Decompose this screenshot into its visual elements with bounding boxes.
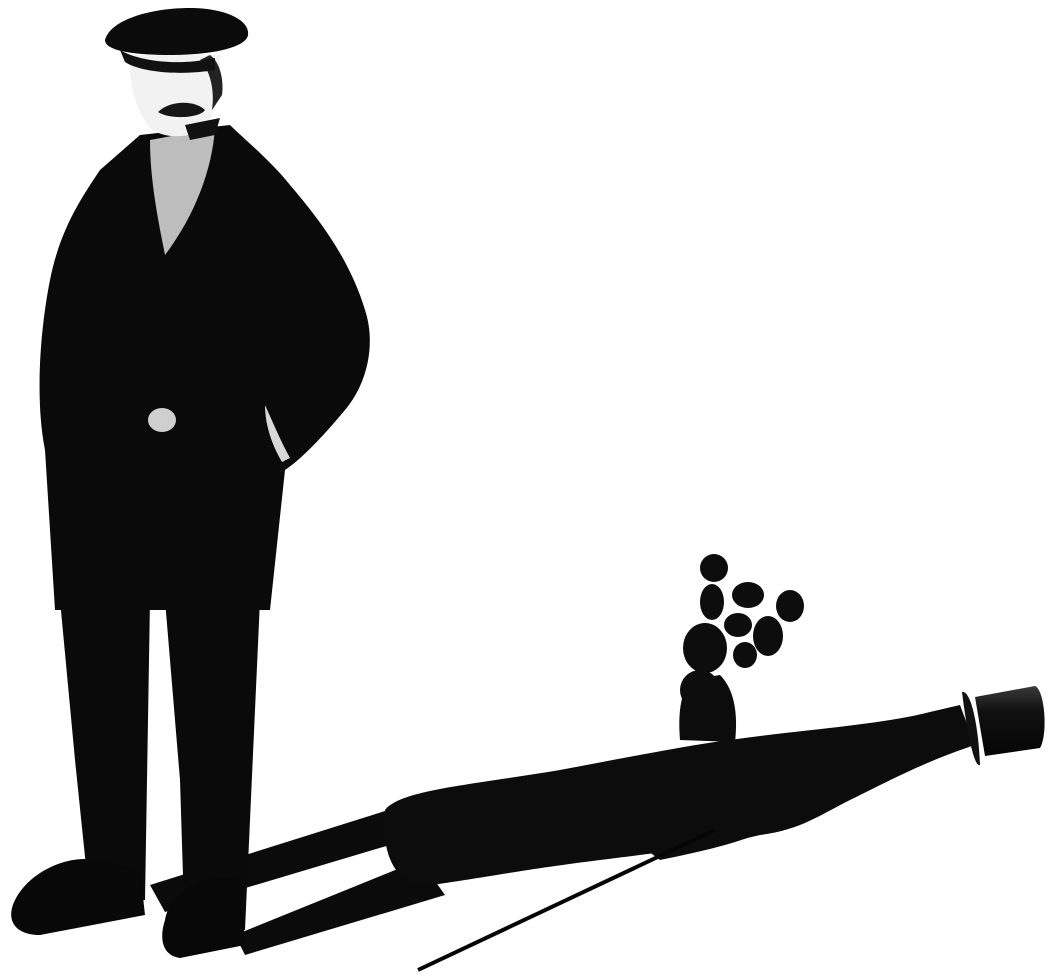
long-shadow [150, 675, 975, 955]
shadow-flower-bouquet [680, 554, 804, 710]
illustration [0, 0, 1051, 977]
shadow-top-hat [962, 686, 1045, 765]
flat-cap [105, 8, 248, 73]
